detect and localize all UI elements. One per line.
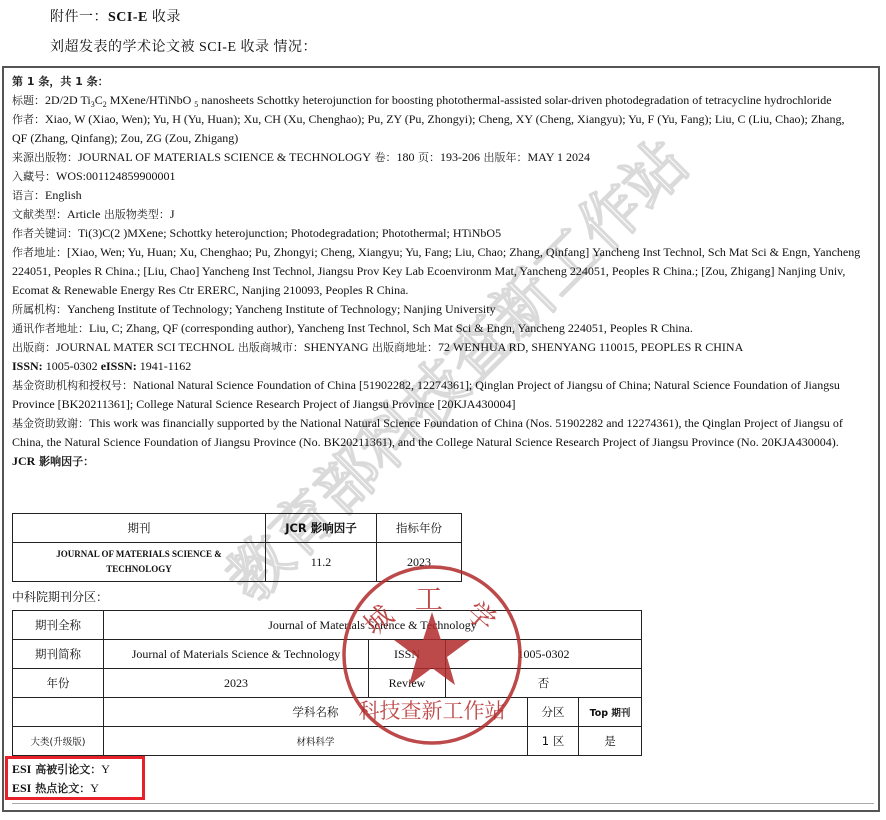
esi-highly-cited: ESI 高被引论文：Y xyxy=(12,760,110,779)
table-row: 大类(升级版) 材料科学 1 区 是 xyxy=(13,727,642,756)
paper-title: 2D/2D Ti3C2 MXene/HTiNbO 5 nanosheets Sc… xyxy=(45,93,832,107)
cas-full-name-label: 期刊全称 xyxy=(13,611,104,640)
table-row: JOURNAL OF MATERIALS SCIENCE & TECHNOLOG… xyxy=(13,543,462,582)
esi-hot-paper: ESI 热点论文：Y xyxy=(12,779,99,798)
volume-label: 卷： xyxy=(371,151,397,164)
acknowledgement: This work was financially supported by t… xyxy=(12,416,843,449)
cas-top: 是 xyxy=(579,727,642,756)
accession-label: 入藏号： xyxy=(12,170,56,183)
cas-issn: 1005-0302 xyxy=(446,640,642,669)
jcr-impact-factor: 11.2 xyxy=(266,543,377,582)
esi-hot-value: Y xyxy=(90,781,99,795)
cas-review-label: Review xyxy=(369,669,446,698)
doctype: Article xyxy=(67,207,100,221)
table-row: 年份 2023 Review 否 xyxy=(13,669,642,698)
cas-table: 期刊全称 Journal of Materials Science & Tech… xyxy=(12,610,642,756)
volume: 180 xyxy=(397,150,415,164)
jcr-label-bold: JCR xyxy=(12,454,35,468)
jcr-year: 2023 xyxy=(377,543,462,582)
cas-short-name: Journal of Materials Science & Technolog… xyxy=(104,640,369,669)
funding: National Natural Science Foundation of C… xyxy=(12,378,840,411)
cas-category: 大类(升级版) xyxy=(13,727,104,756)
esi-hot-label: 热点论文： xyxy=(31,782,90,795)
eissn-label: eISSN: xyxy=(101,359,137,373)
ack-label: 基金资助致谢： xyxy=(12,417,89,430)
address-label: 作者地址： xyxy=(12,246,67,259)
cas-empty-cell xyxy=(13,698,104,727)
source-row: 来源出版物：JOURNAL OF MATERIALS SCIENCE & TEC… xyxy=(12,148,862,167)
cas-year: 2023 xyxy=(104,669,369,698)
table-row: 期刊全称 Journal of Materials Science & Tech… xyxy=(13,611,642,640)
jcr-label: 影响因子： xyxy=(35,455,94,468)
doctype-row: 文献类型：Article 出版物类型：J xyxy=(12,205,862,224)
bottom-divider xyxy=(12,803,874,804)
record-count: 第 1 条，共 1 条： xyxy=(12,75,109,88)
cas-top-header: Top 期刊 xyxy=(579,698,642,727)
pubyear-label: 出版年： xyxy=(480,151,528,164)
address-row: 作者地址：[Xiao, Wen; Yu, Huan; Xu, Chenghao;… xyxy=(12,243,862,300)
affiliation-row: 所属机构：Yancheng Institute of Technology; Y… xyxy=(12,300,862,319)
jcr-header-year: 指标年份 xyxy=(377,514,462,543)
language-label: 语言： xyxy=(12,189,45,202)
issn: 1005-0302 xyxy=(43,359,101,373)
jcr-header-row: 期刊 JCR 影响因子 指标年份 xyxy=(13,514,462,543)
cas-short-name-label: 期刊简称 xyxy=(13,640,104,669)
subtitle: 刘超发表的学术论文被 SCI-E 收录 情况： xyxy=(50,36,317,56)
cas-year-label: 年份 xyxy=(13,669,104,698)
keywords-row: 作者关键词：Ti(3)C(2 )MXene; Schottky heteroju… xyxy=(12,224,862,243)
cas-issn-label: ISSN xyxy=(369,640,446,669)
cas-subject: 材料科学 xyxy=(104,727,528,756)
address: [Xiao, Wen; Yu, Huan; Xu, Chenghao; Pu, … xyxy=(12,245,860,297)
corr-label: 通讯作者地址： xyxy=(12,322,89,335)
language: English xyxy=(45,188,82,202)
cas-full-name: Journal of Materials Science & Technolog… xyxy=(104,611,642,640)
pubaddr-label: 出版商地址： xyxy=(369,341,439,354)
record-content: 第 1 条，共 1 条： 标题：2D/2D Ti3C2 MXene/HTiNbO… xyxy=(12,72,862,471)
esi-bold: ESI xyxy=(12,762,31,776)
table-row: 学科名称 分区 Top 期刊 xyxy=(13,698,642,727)
pages-label: 页： xyxy=(415,151,441,164)
esi-bold: ESI xyxy=(12,781,31,795)
eissn: 1941-1162 xyxy=(137,359,192,373)
table-row: 期刊简称 Journal of Materials Science & Tech… xyxy=(13,640,642,669)
pubcity: SHENYANG xyxy=(304,340,369,354)
cas-review: 否 xyxy=(446,669,642,698)
accession-number: WOS:001124859900001 xyxy=(56,169,176,183)
affiliation-label: 所属机构： xyxy=(12,303,67,316)
authors: Xiao, W (Xiao, Wen); Yu, H (Yu, Huan); X… xyxy=(12,112,845,145)
accession-row: 入藏号：WOS:001124859900001 xyxy=(12,167,862,186)
jcr-header-if: JCR 影响因子 xyxy=(266,514,377,543)
pages: 193-206 xyxy=(440,150,480,164)
title-label: 标题： xyxy=(12,94,45,107)
ack-row: 基金资助致谢：This work was financially support… xyxy=(12,414,862,452)
source-label: 来源出版物： xyxy=(12,151,78,164)
esi-highly-cited-value: Y xyxy=(101,762,110,776)
issn-label: ISSN: xyxy=(12,359,43,373)
funding-row: 基金资助机构和授权号：National Natural Science Foun… xyxy=(12,376,862,414)
cas-subject-header: 学科名称 xyxy=(104,698,528,727)
jcr-table: 期刊 JCR 影响因子 指标年份 JOURNAL OF MATERIALS SC… xyxy=(12,513,462,582)
jcr-journal: JOURNAL OF MATERIALS SCIENCE & TECHNOLOG… xyxy=(13,543,266,582)
cas-label: 中科院期刊分区： xyxy=(12,588,108,605)
attachment-suffix: 收录 xyxy=(148,10,181,25)
cas-zone-header: 分区 xyxy=(528,698,579,727)
issn-row: ISSN: 1005-0302 eISSN: 1941-1162 xyxy=(12,357,862,376)
publisher: JOURNAL MATER SCI TECHNOL xyxy=(56,340,234,354)
funding-label: 基金资助机构和授权号： xyxy=(12,379,133,392)
jcr-header-journal: 期刊 xyxy=(13,514,266,543)
doctype-label: 文献类型： xyxy=(12,208,67,221)
authors-label: 作者： xyxy=(12,113,45,126)
pubaddr: 72 WENHUA RD, SHENYANG 110015, PEOPLES R… xyxy=(438,340,743,354)
attachment-heading: 附件一：SCI-E 收录 xyxy=(50,6,181,26)
keywords-label: 作者关键词： xyxy=(12,227,78,240)
publisher-label: 出版商： xyxy=(12,341,56,354)
esi-highly-cited-label: 高被引论文： xyxy=(31,763,101,776)
attachment-prefix: 附件一： xyxy=(50,10,108,25)
pubtype-label: 出版物类型： xyxy=(100,208,170,221)
publisher-row: 出版商：JOURNAL MATER SCI TECHNOL 出版商城市：SHEN… xyxy=(12,338,862,357)
cas-zone: 1 区 xyxy=(528,727,579,756)
pubyear: MAY 1 2024 xyxy=(528,150,590,164)
corr-row: 通讯作者地址：Liu, C; Zhang, QF (corresponding … xyxy=(12,319,862,338)
authors-row: 作者：Xiao, W (Xiao, Wen); Yu, H (Yu, Huan)… xyxy=(12,110,862,148)
pubtype: J xyxy=(170,207,175,221)
pubcity-label: 出版商城市： xyxy=(234,341,304,354)
source: JOURNAL OF MATERIALS SCIENCE & TECHNOLOG… xyxy=(78,150,371,164)
keywords: Ti(3)C(2 )MXene; Schottky heterojunction… xyxy=(78,226,501,240)
title-row: 标题：2D/2D Ti3C2 MXene/HTiNbO 5 nanosheets… xyxy=(12,91,862,110)
attachment-bold: SCI-E xyxy=(108,10,148,25)
language-row: 语言：English xyxy=(12,186,862,205)
jcr-label-row: JCR 影响因子： xyxy=(12,452,862,471)
corresponding-address: Liu, C; Zhang, QF (corresponding author)… xyxy=(89,321,693,335)
affiliation: Yancheng Institute of Technology; Yanche… xyxy=(67,302,496,316)
